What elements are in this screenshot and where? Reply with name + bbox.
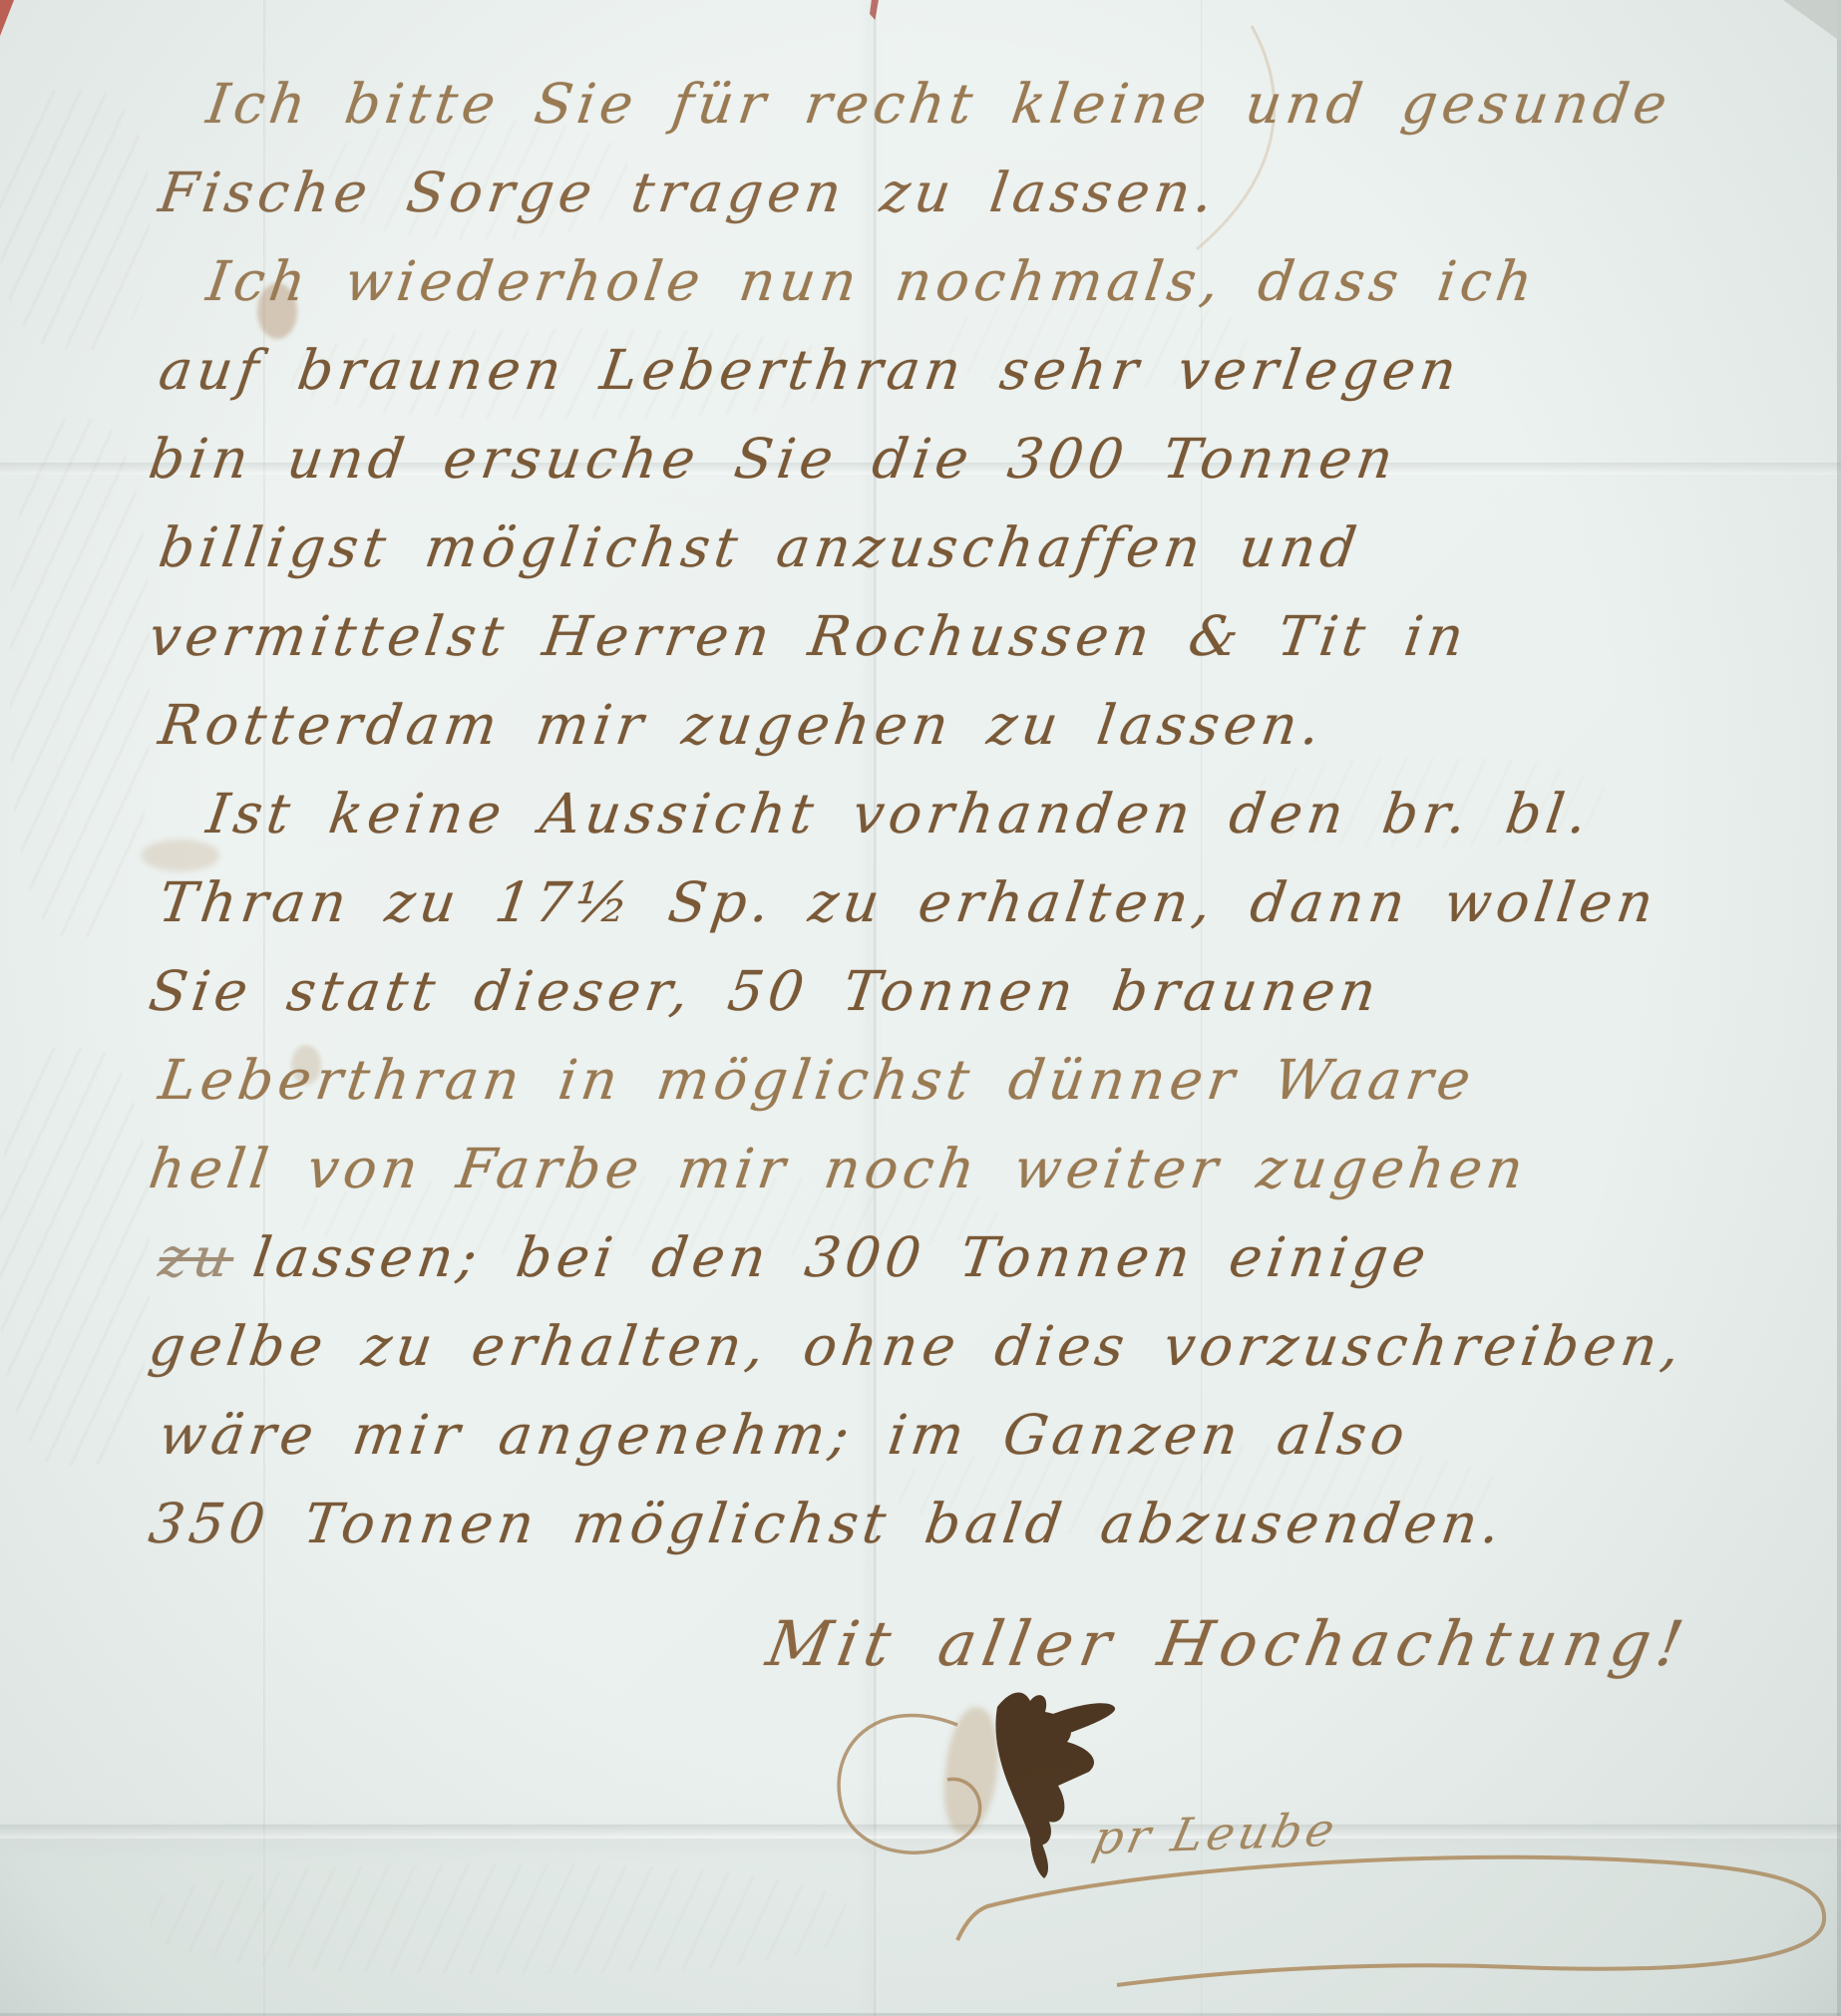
letter-line: hell von Farbe mir noch weiter zugehen xyxy=(144,1125,1732,1213)
letter-line: Ich bitte Sie für recht kleine und gesun… xyxy=(201,60,1732,149)
letter-line-text: gelbe zu erhalten, ohne dies vorzuschrei… xyxy=(146,1314,1689,1378)
ink-blot-wing xyxy=(1045,1703,1115,1735)
letter-line-text: vermittelst Herren Rochussen & Tit in xyxy=(146,604,1473,668)
red-edge-mark xyxy=(870,0,879,20)
letter-line-text: Leberthran in möglichst dünner Waare xyxy=(156,1048,1480,1112)
letter-line-text: billigst möglichst anzuschaffen und xyxy=(156,515,1365,579)
paper-bottom-tint xyxy=(0,1839,1841,2016)
letter-line-text: Ich bitte Sie für recht kleine und gesun… xyxy=(203,72,1676,136)
bleed-through xyxy=(10,419,150,937)
letter-line: 350 Tonnen möglichst bald abzusenden. xyxy=(144,1480,1732,1568)
scan-edge-right xyxy=(1837,0,1841,2016)
letter-line-text: wäre mir angenehm; im Ganzen also xyxy=(156,1403,1414,1467)
letter-line-text: Ist keine Aussicht vorhanden den br. bl. xyxy=(203,782,1597,845)
letter-line: billigst möglichst anzuschaffen und xyxy=(154,504,1732,592)
letter-line-text: Ich wiederhole nun nochmals, dass ich xyxy=(203,249,1542,313)
letter-line: gelbe zu erhalten, ohne dies vorzuschrei… xyxy=(144,1302,1732,1391)
ink-blot xyxy=(995,1692,1094,1845)
ink-blot-drip xyxy=(1030,1835,1048,1878)
letter-line: zulassen; bei den 300 Tonnen einige xyxy=(154,1213,1732,1302)
letter-line: Fische Sorge tragen zu lassen. xyxy=(154,149,1732,237)
letter-line: wäre mir angenehm; im Ganzen also xyxy=(154,1391,1732,1480)
letter-line-text: 350 Tonnen möglichst bald abzusenden. xyxy=(146,1492,1510,1555)
signature: pr Leube xyxy=(1088,1803,1343,1864)
letter-line: auf braunen Leberthran sehr verlegen xyxy=(154,326,1732,415)
letter-line: Ich wiederhole nun nochmals, dass ich xyxy=(201,237,1732,326)
letter-line-text: Thran zu 17½ Sp. zu erhalten, dann wolle… xyxy=(156,870,1662,934)
bleed-through xyxy=(0,90,150,349)
letter-line-text: Fische Sorge tragen zu lassen. xyxy=(156,161,1223,224)
corner-fold xyxy=(1783,0,1841,42)
letter-line: Ist keine Aussicht vorhanden den br. bl. xyxy=(201,770,1732,858)
letter-line-text: hell von Farbe mir noch weiter zugehen xyxy=(146,1137,1532,1200)
letter-line-text: bin und ersuche Sie die 300 Tonnen xyxy=(146,427,1402,491)
scanned-letter-page: { "document": { "kind": "handwritten let… xyxy=(0,0,1841,2016)
bleed-through xyxy=(0,1047,150,1466)
bleed-through xyxy=(150,1864,848,1974)
letter-line-text: Sie statt dieser, 50 Tonnen braunen xyxy=(146,959,1385,1023)
letter-line: bin und ersuche Sie die 300 Tonnen xyxy=(144,415,1732,504)
pen-loop xyxy=(839,1715,980,1852)
signature-flourish xyxy=(957,1857,1824,1985)
letter-line: Sie statt dieser, 50 Tonnen braunen xyxy=(144,947,1732,1036)
letter-line: Thran zu 17½ Sp. zu erhalten, dann wolle… xyxy=(154,858,1732,947)
struck-word: zu xyxy=(156,1225,238,1289)
closing-salutation: Mit aller Hochachtung! xyxy=(762,1607,1696,1680)
red-edge-mark xyxy=(0,0,14,36)
letter-line: vermittelst Herren Rochussen & Tit in xyxy=(144,592,1732,681)
letter-line-text: Rotterdam mir zugehen zu lassen. xyxy=(156,693,1329,757)
letter-line-text: auf braunen Leberthran sehr verlegen xyxy=(156,338,1465,402)
ink-stain xyxy=(936,1704,1005,1838)
letter-line: Leberthran in möglichst dünner Waare xyxy=(154,1036,1732,1125)
horizontal-fold-crease-lower xyxy=(0,1825,1841,1839)
letter-line: Rotterdam mir zugehen zu lassen. xyxy=(154,681,1732,770)
letter-line-text: lassen; bei den 300 Tonnen einige xyxy=(249,1225,1435,1289)
letter-text-block: Ich bitte Sie für recht kleine und gesun… xyxy=(150,60,1725,1568)
